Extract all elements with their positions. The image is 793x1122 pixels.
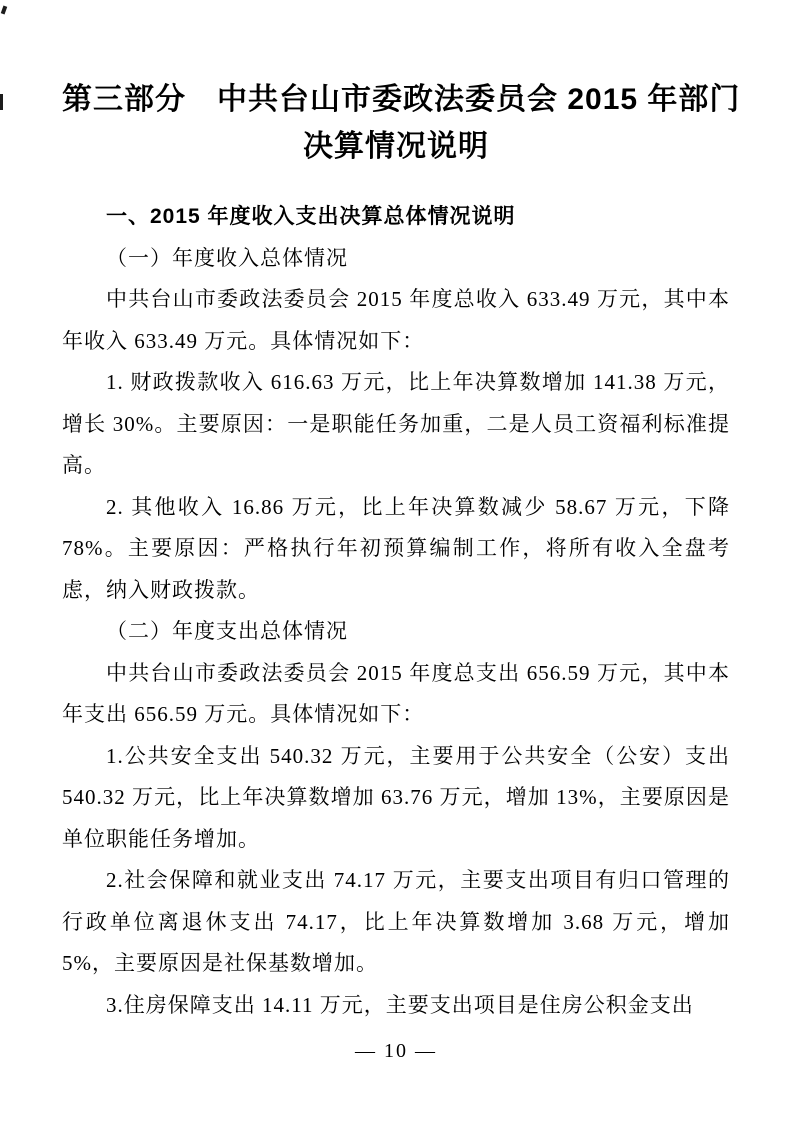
document-body: 一、2015 年度收入支出决算总体情况说明 （一）年度收入总体情况 中共台山市委… — [62, 196, 730, 1026]
paragraph-total-income: 中共台山市委政法委员会 2015 年度总收入 633.49 万元，其中本年收入 … — [62, 279, 730, 362]
document-title: 第三部分 中共台山市委政法委员会 2015 年部门 决算情况说明 — [62, 76, 730, 170]
scan-artifact — [1, 6, 7, 15]
paragraph-total-expense: 中共台山市委政法委员会 2015 年度总支出 656.59 万元，其中本年支出 … — [62, 653, 730, 736]
page-number: — 10 — — [62, 1039, 730, 1063]
subsection-heading-income: （一）年度收入总体情况 — [62, 238, 730, 280]
document-title-line2: 决算情况说明 — [62, 123, 730, 170]
document-page: 第三部分 中共台山市委政法委员会 2015 年部门 决算情况说明 一、2015 … — [0, 0, 793, 1122]
paragraph-fiscal-appropriation-income: 1. 财政拨款收入 616.63 万元，比上年决算数增加 141.38 万元，增… — [62, 362, 730, 487]
paragraph-social-security-expense: 2.社会保障和就业支出 74.17 万元，主要支出项目有归口管理的行政单位离退休… — [62, 860, 730, 985]
paragraph-other-income: 2. 其他收入 16.86 万元，比上年决算数减少 58.67 万元，下降 78… — [62, 487, 730, 612]
document-title-line1: 第三部分 中共台山市委政法委员会 2015 年部门 — [62, 76, 730, 123]
page-content: 第三部分 中共台山市委政法委员会 2015 年部门 决算情况说明 一、2015 … — [62, 0, 730, 1063]
section-heading-income-expense: 一、2015 年度收入支出决算总体情况说明 — [62, 196, 730, 238]
scan-artifact — [0, 94, 3, 110]
subsection-heading-expense: （二）年度支出总体情况 — [62, 611, 730, 653]
paragraph-housing-expense: 3.住房保障支出 14.11 万元，主要支出项目是住房公积金支出 — [62, 985, 730, 1027]
paragraph-public-security-expense: 1.公共安全支出 540.32 万元，主要用于公共安全（公安）支出 540.32… — [62, 736, 730, 861]
